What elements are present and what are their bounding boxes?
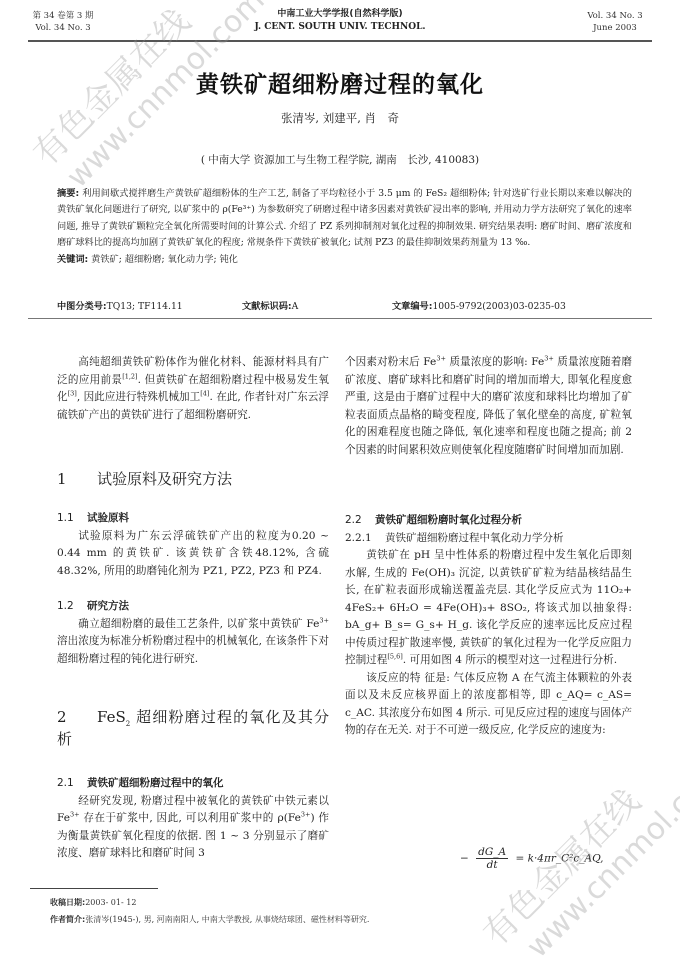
author-bio: 作者简介:张清岑(1945-), 男, 河南南阳人, 中南大学教授, 从事烧结球… (50, 914, 369, 925)
section-2-1-continued: 个因素对粉末后 Fe3+ 质量浓度的影响: Fe3+ 质量浓度随着磨矿浓度、磨矿… (345, 354, 632, 459)
rate-equation: − dG_Adt = k·4πr_C²c_AQ, (460, 846, 604, 871)
section-1-heading: 1试验原料及研究方法 (57, 468, 329, 490)
fraction: dG_Adt (476, 846, 508, 871)
keywords: 关键词: 黄铁矿; 超细粉磨; 氧化动力学; 钝化 (57, 252, 632, 268)
reaction-feature-text: 该反应的特 征是: 气体反应物 A 在气流主体颗粒的外表面以及未反应核界面上的浓… (345, 670, 632, 740)
intro-paragraph: 高纯超细黄铁矿粉体作为催化材料、能源材料具有广泛的应用前景[1,2]. 但黄铁矿… (57, 354, 329, 424)
section-1-2: 1.2研究方法 确立超细粉磨的最佳工艺条件, 以矿浆中黄铁矿 Fe3+ 溶出浓度… (57, 598, 329, 668)
abstract-rule (28, 318, 652, 319)
volume-number: Vol. 34 No. 3 (580, 10, 650, 22)
keywords-label: 关键词: (57, 254, 88, 265)
section-2-1: 2.1黄铁矿超细粉磨过程中的氧化 经研究发现, 粉磨过程中被氧化的黄铁矿中铁元素… (57, 775, 329, 863)
citation: [3] (68, 389, 77, 397)
issue-en: Vol. 34 No. 3 (28, 22, 98, 34)
footnote-rule (30, 888, 158, 889)
abstract-text: 利用间歇式搅拌磨生产黄铁矿超细粉体的生产工艺, 制备了平均粒径小于 3.5 μm… (57, 188, 632, 248)
section-1-1-text: 试验原料为广东云浮硫铁矿产出的粒度为0.20 ~ 0.44 mm 的黄铁矿. 该… (57, 528, 329, 581)
issue-cn: 第 34 卷第 3 期 (28, 10, 98, 22)
abstract: 摘要: 利用间歇式搅拌磨生产黄铁矿超细粉体的生产工艺, 制备了平均粒径小于 3.… (57, 186, 632, 268)
clc-code: 中图分类号:TQ13; TF114.11 (57, 298, 183, 312)
paper-title: 黄铁矿超细粉磨过程的氧化 (0, 66, 680, 99)
issue-info-right: Vol. 34 No. 3 June 2003 (580, 10, 650, 34)
affiliation: ( 中南大学 资源加工与生物工程学院, 湖南 长沙, 410083) (0, 152, 680, 167)
author-list: 张清岑, 刘建平, 肖 奇 (0, 110, 680, 126)
header-rule (28, 40, 652, 42)
section-1-1: 1.1试验原料 试验原料为广东云浮硫铁矿产出的粒度为0.20 ~ 0.44 mm… (57, 510, 329, 580)
section-2-2-1-heading: 2.2.1黄铁矿超细粉磨过程中氧化动力学分析 (345, 530, 632, 548)
section-2-2-heading: 2.2黄铁矿超细粉磨时氧化过程分析 (345, 512, 632, 530)
section-2-1-heading: 2.1黄铁矿超细粉磨过程中的氧化 (57, 775, 329, 793)
issue-info-left: 第 34 卷第 3 期 Vol. 34 No. 3 (28, 10, 98, 34)
journal-name: 中南工业大学学报(自然科学版) J. CENT. SOUTH UNIV. TEC… (200, 8, 480, 34)
section-1-2-heading: 1.2研究方法 (57, 598, 329, 616)
citation: [1,2] (122, 372, 137, 380)
abstract-label: 摘要: (57, 188, 79, 199)
section-2-2-1-text: 黄铁矿在 pH 呈中性体系的粉磨过程中发生氧化后即刻水解, 生成的 Fe(OH)… (345, 547, 632, 670)
journal-name-cn: 中南工业大学学报(自然科学版) (200, 8, 480, 21)
section-1-2-text: 确立超细粉磨的最佳工艺条件, 以矿浆中黄铁矿 Fe3+ 溶出浓度为标准分析粉磨过… (57, 616, 329, 669)
issue-date: June 2003 (580, 22, 650, 34)
section-2-1-text: 经研究发现, 粉磨过程中被氧化的黄铁矿中铁元素以 Fe3+ 存在于矿浆中, 因此… (57, 793, 329, 863)
section-2-heading: 2FeS2 超细粉磨过程的氧化及其分析 (57, 706, 329, 750)
keywords-text: 黄铁矿; 超细粉磨; 氧化动力学; 钝化 (91, 254, 238, 265)
section-2-2: 2.2黄铁矿超细粉磨时氧化过程分析 2.2.1黄铁矿超细粉磨过程中氧化动力学分析… (345, 512, 632, 740)
journal-name-en: J. CENT. SOUTH UNIV. TECHNOL. (200, 21, 480, 34)
document-code: 文献标识码:A (242, 298, 298, 312)
received-date: 收稿日期:2003- 01- 12 (50, 897, 136, 908)
section-1-1-heading: 1.1试验原料 (57, 510, 329, 528)
article-number: 文章编号:1005-9792(2003)03-0235-03 (392, 298, 566, 312)
